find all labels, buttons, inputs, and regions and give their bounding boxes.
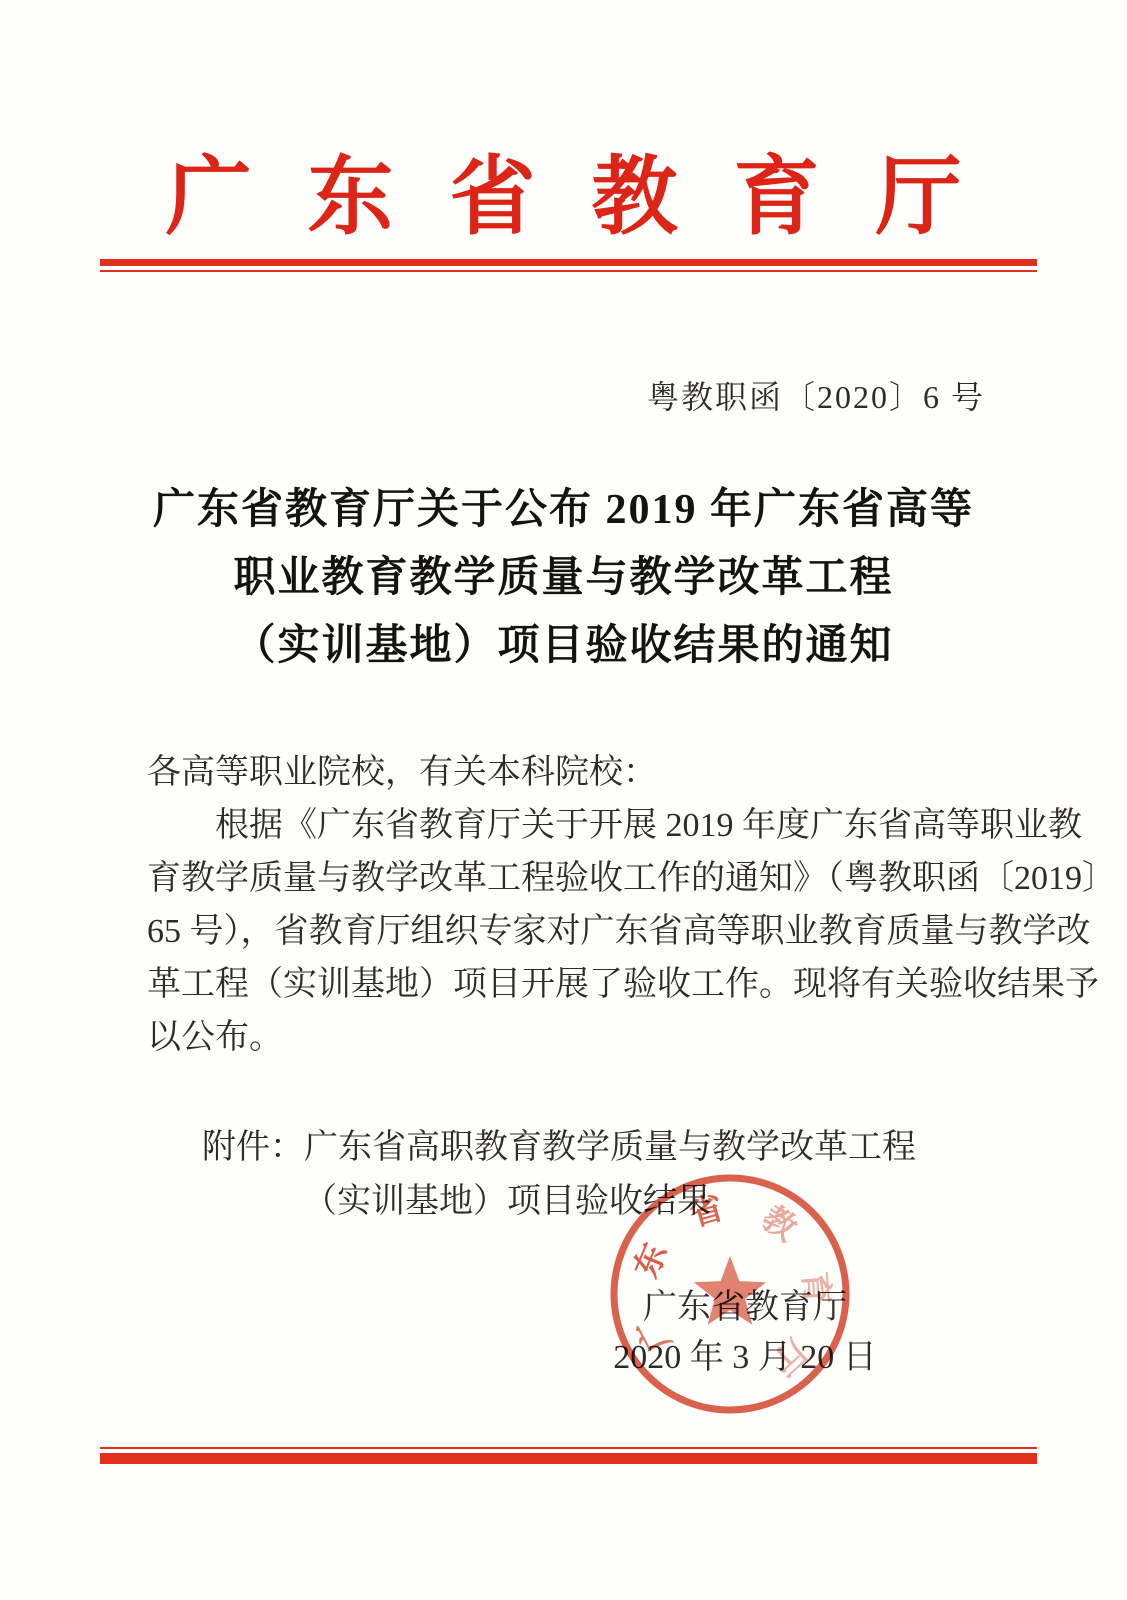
letterhead-rule-thin [100,270,1037,272]
document-number: 粤教职函〔2020〕6 号 [647,372,985,418]
body-line: 革工程（实训基地）项目开展了验收工作。现将有关验收结果予 [147,958,987,1011]
body-line: 根据《广东省教育厅关于开展 2019 年度广东省高等职业教 [147,799,987,852]
seal-star-icon [694,1256,766,1325]
seal-arc-char: 广 [630,1311,678,1358]
seal-arc-char: 育 [796,1270,836,1306]
official-letter-page: 广东省教育厅 粤教职函〔2020〕6 号 广东省教育厅关于公布 2019 年广东… [0,0,1127,1600]
document-title: 广东省教育厅关于公布 2019 年广东省高等 职业教育教学质量与教学改革工程 （… [0,476,1127,680]
attachment-line-1: 附件：广东省高职教育教学质量与教学改革工程 [202,1121,916,1175]
body-line: 65 号），省教育厅组织专家对广东省高等职业教育质量与教学改 [147,905,987,958]
footer-rule-thin [100,1447,1037,1449]
letterhead-agency-name: 广东省教育厅 [0,152,1127,242]
official-seal-icon: 广 东 省 教 育 厅 [608,1172,852,1416]
letter-body: 各高等职业院校，有关本科院校： 根据《广东省教育厅关于开展 2019 年度广东省… [147,746,987,1064]
document-title-line-2: 职业教育教学质量与教学改革工程 [0,544,1127,612]
seal-arc-char: 东 [628,1238,675,1283]
body-line: 育教学质量与教学改革工程验收工作的通知》（粤教职函〔2019〕 [147,852,987,905]
seal-arc-char: 教 [755,1199,804,1249]
document-title-line-1: 广东省教育厅关于公布 2019 年广东省高等 [0,476,1127,544]
letterhead-rule-thick [100,259,1037,266]
document-title-line-3: （实训基地）项目验收结果的通知 [0,612,1127,680]
seal-arc-char: 厅 [764,1332,813,1382]
body-line: 以公布。 [147,1011,987,1064]
salutation: 各高等职业院校，有关本科院校： [147,746,987,799]
seal-arc-char: 省 [685,1189,727,1234]
footer-rule-thick [100,1453,1037,1464]
